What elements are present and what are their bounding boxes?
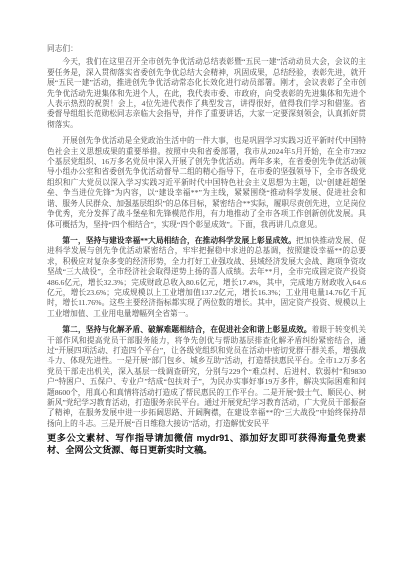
promo-footer: 更多公文素材、写作指导请加微信 mydr91、添加好友即可获得海量免费素材、全网…	[47, 432, 366, 456]
paragraph-intro-text: 今天，我们在这里召开全市创先争优活动总结表彰暨“五民一建”活动动员大会，会议的主…	[47, 57, 366, 128]
second-point-text: 着眼于转变机关干部作风和提高党员干部服务能力，将争先创优与帮助基层排查化解矛盾纠…	[47, 325, 366, 428]
salutation: 同志们：	[47, 44, 366, 54]
first-point-text: 把加快推动发展、促进科学发展与创先争优活动紧密结合，牢牢把握稳中求进的总基调，按…	[47, 236, 366, 318]
paragraph-overview-text: 开展创先争优活动是全党政治生活中的一件大事，也是巩固学习实践习近平新时代中国特色…	[47, 136, 366, 228]
second-point-heading: 第二，坚持与化解矛盾、破解难题相结合，在促进社会和谐上彰显成效。	[62, 325, 311, 334]
paragraph-first-point: 第一，坚持与建设幸福**大局相结合，在推动科学发展上彰显成效。把加快推动发展、促…	[47, 236, 366, 319]
document-text-block: 同志们： 今天，我们在这里召开全市创先争优活动总结表彰暨“五民一建”活动动员大会…	[47, 44, 366, 466]
paragraph-second-point: 第二，坚持与化解矛盾、破解难题相结合，在促进社会和谐上彰显成效。着眼于转变机关干…	[47, 325, 366, 429]
paragraph-intro: 今天，我们在这里召开全市创先争优活动总结表彰暨“五民一建”活动动员大会，会议的主…	[47, 57, 366, 130]
first-point-heading: 第一，坚持与建设幸福**大局相结合，在推动科学发展上彰显成效。	[62, 236, 296, 245]
document-page: 同志们： 今天，我们在这里召开全市创先争优活动总结表彰暨“五民一建”活动动员大会…	[0, 0, 410, 580]
paragraph-overview: 开展创先争优活动是全党政治生活中的一件大事，也是巩固学习实践习近平新时代中国特色…	[47, 136, 366, 230]
